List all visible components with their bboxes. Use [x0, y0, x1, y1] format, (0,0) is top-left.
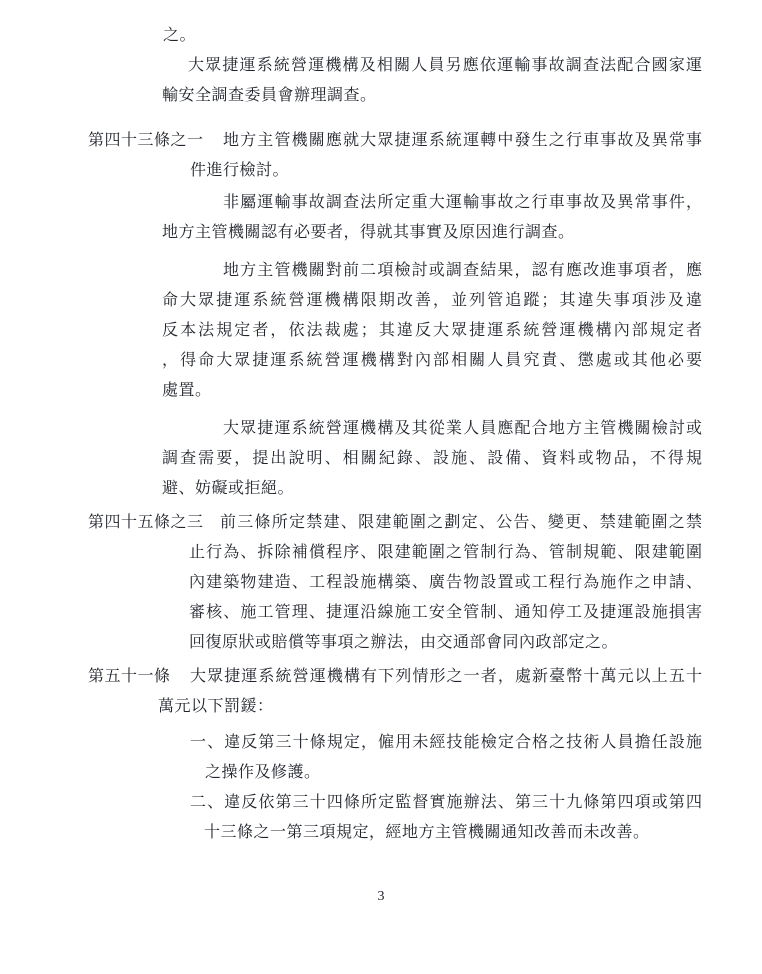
- article-number: 第四十五條之三: [88, 508, 204, 538]
- text-line: 命大眾捷運系統營運機構限期改善，並列管追蹤；其違失事項涉及違: [0, 286, 702, 316]
- text-line: 輸安全調查委員會辦理調查。: [0, 81, 702, 111]
- article-heading-line: 第四十五條之三前三條所定禁建、限建範圍之劃定、公告、變更、禁建範圍之禁: [0, 508, 702, 538]
- text-line: 非屬運輸事故調查法所定重大運輸事故之行車事故及異常事件，: [0, 188, 702, 218]
- article-number: 第五十一條: [88, 662, 171, 692]
- text-line: 反本法規定者，依法裁處；其違反大眾捷運系統營運機構內部規定者: [0, 316, 702, 346]
- article-heading-line: 第五十一條大眾捷運系統營運機構有下列情形之一者，處新臺幣十萬元以上五十: [0, 662, 702, 692]
- article-text: 大眾捷運系統營運機構有下列情形之一者，處新臺幣十萬元以上五十: [190, 668, 702, 685]
- list-item-line: 二、違反依第三十四條所定監督實施辦法、第三十九條第四項或第四: [0, 788, 702, 818]
- text-line: 內建築物建造、工程設施構築、廣告物設置或工程行為施作之申請、: [0, 568, 702, 598]
- text-line: 之。: [0, 21, 702, 51]
- text-line: 回復原狀或賠償等事項之辦法，由交通部會同內政部定之。: [0, 628, 702, 658]
- document-body: 之。 大眾捷運系統營運機構及相關人員另應依運輸事故調查法配合國家運 輸安全調查委…: [0, 21, 762, 908]
- text-line: 審核、施工管理、捷運沿線施工安全管制、通知停工及捷運設施損害: [0, 598, 702, 628]
- text-line: 十三條之一第三項規定，經地方主管機關通知改善而未改善。: [0, 818, 702, 848]
- article-number: 第四十三條之一: [88, 126, 204, 156]
- text-line: 處置。: [0, 376, 702, 406]
- text-line: 萬元以下罰鍰：: [0, 692, 702, 722]
- document-page: 之。 大眾捷運系統營運機構及相關人員另應依運輸事故調查法配合國家運 輸安全調查委…: [0, 0, 762, 974]
- text-line: 調查需要，提出說明、相關紀錄、設施、設備、資料或物品，不得規: [0, 444, 702, 474]
- text-line: 大眾捷運系統營運機構及其從業人員應配合地方主管機關檢討或: [0, 414, 702, 444]
- page-number: 3: [0, 886, 762, 908]
- text-line: 之操作及修護。: [0, 758, 702, 788]
- text-line: 地方主管機關對前二項檢討或調查結果，認有應改進事項者，應: [0, 256, 702, 286]
- text-line: 大眾捷運系統營運機構及相關人員另應依運輸事故調查法配合國家運: [0, 51, 702, 81]
- list-item-line: 一、違反第三十條規定，僱用未經技能檢定合格之技術人員擔任設施: [0, 728, 702, 758]
- text-line: 地方主管機關認有必要者，得就其事實及原因進行調查。: [0, 218, 702, 248]
- article-heading-line: 第四十三條之一地方主管機關應就大眾捷運系統運轉中發生之行車事故及異常事: [0, 126, 702, 156]
- text-line: 件進行檢討。: [0, 156, 702, 186]
- text-line: 避、妨礙或拒絕。: [0, 474, 702, 504]
- text-line: 止行為、拆除補償程序、限建範圍之管制行為、管制規範、限建範圍: [0, 538, 702, 568]
- article-text: 地方主管機關應就大眾捷運系統運轉中發生之行車事故及異常事: [223, 132, 702, 149]
- text-line: ，得命大眾捷運系統營運機構對內部相關人員究責、懲處或其他必要: [0, 346, 702, 376]
- article-text: 前三條所定禁建、限建範圍之劃定、公告、變更、禁建範圍之禁: [220, 514, 702, 531]
